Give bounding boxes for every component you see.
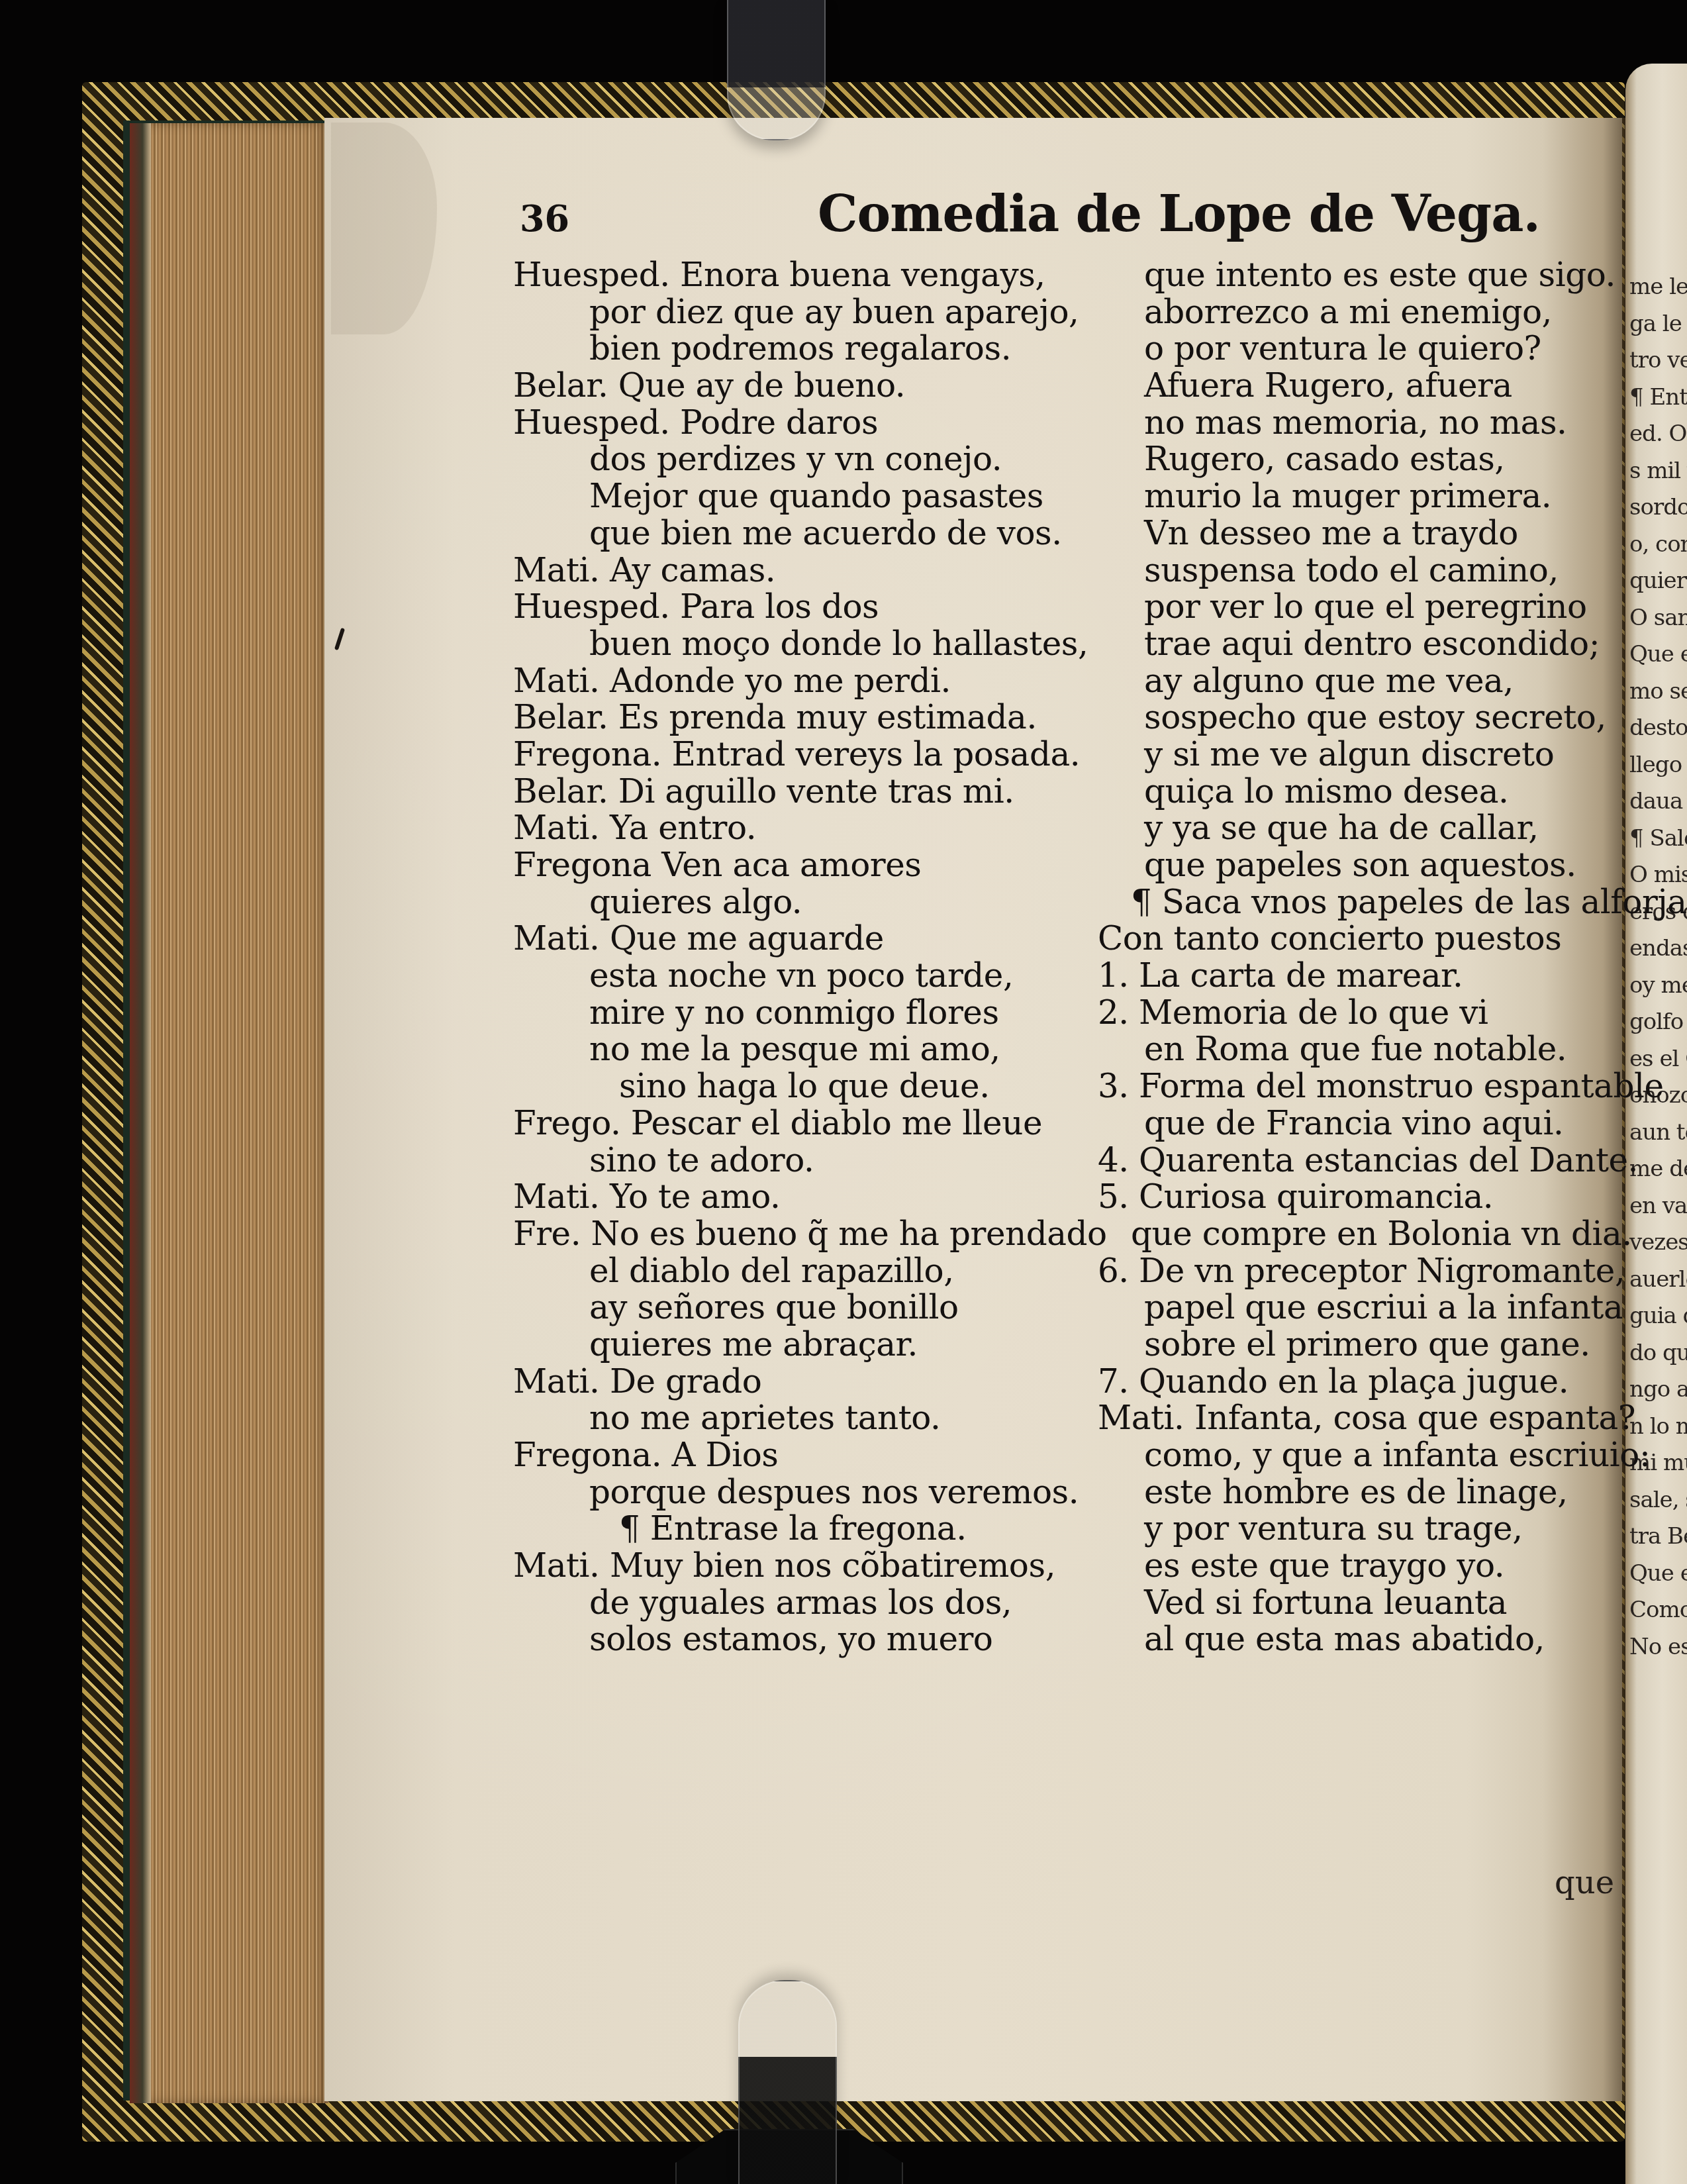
speech-line: Mati. Ya entro. (513, 810, 1107, 847)
verse-line: sospecho que estoy secreto, (1118, 699, 1687, 736)
verse-line: mire y no conmigo flores (513, 995, 1107, 1032)
verse-line: aborrezco a mi enemigo, (1118, 294, 1687, 331)
verse-line: Ved si fortuna leuanta (1118, 1585, 1687, 1622)
speech-line: 1. La carta de marear. (1098, 958, 1687, 995)
verse-line: que de Francia vino aqui. (1118, 1105, 1687, 1142)
speech-line: Mati. Que me aguarde (513, 920, 1107, 958)
book-clip-top (727, 0, 826, 140)
speech-line: Con tanto concierto puestos (1098, 920, 1687, 958)
verse-line: quieres algo. (513, 884, 1107, 921)
speech-line: Mati. Ay camas. (513, 552, 1107, 589)
speech-line: 5. Curiosa quiromancia. (1098, 1179, 1687, 1216)
speech-line: 3. Forma del monstruo espantable (1098, 1068, 1687, 1105)
speech-line: 7. Quando en la plaça jugue. (1098, 1364, 1687, 1401)
verse-line: no me aprietes tanto. (513, 1400, 1107, 1437)
verse-line: Mejor que quando pasastes (513, 478, 1107, 515)
speech-line: 4. Quarenta estancias del Dante. (1098, 1142, 1687, 1179)
speech-line: Frego. Pescar el diablo me lleue (513, 1105, 1107, 1142)
speech-line: Fregona Ven aca amores (513, 847, 1107, 884)
speech-line: Belar. Di aguillo vente tras mi. (513, 773, 1107, 811)
speech-line: Mati. Yo te amo. (513, 1179, 1107, 1216)
verse-line: no mas memoria, no mas. (1118, 405, 1687, 442)
catchword: que (1555, 1864, 1614, 1901)
verse-line: por diez que ay buen aparejo, (513, 294, 1107, 331)
verse-line: murio la muger primera. (1118, 478, 1687, 515)
page-title: Comedia de Lope de Vega. (818, 184, 1540, 243)
running-head: 36 Comedia de Lope de Vega. (513, 184, 1407, 250)
verse-line: y si me ve algun discreto (1118, 736, 1687, 773)
verse-line: porque despues nos veremos. (513, 1474, 1107, 1511)
speech-line: Huesped. Podre daros (513, 405, 1107, 442)
verse-line: ay señores que bonillo (513, 1289, 1107, 1326)
verse-line: que papeles son aquestos. (1118, 847, 1687, 884)
verse-line: de yguales armas los dos, (513, 1585, 1107, 1622)
verse-line: y por ventura su trage, (1118, 1511, 1687, 1548)
speech-line: Fregona. A Dios (513, 1437, 1107, 1474)
stage-direction: ¶ Entrase la fregona. (513, 1511, 1107, 1548)
verse-line: como, y que a infanta escriuio: (1118, 1437, 1687, 1474)
verse-line: que bien me acuerdo de vos. (513, 515, 1107, 552)
verse-line: sino haga lo que deue. (513, 1068, 1107, 1105)
verse-line: sino te adoro. (513, 1142, 1107, 1179)
page-number: 36 (520, 197, 569, 240)
verse-line: papel que escriui a la infanta (1118, 1289, 1687, 1326)
page-fore-edge (130, 123, 328, 2103)
speech-line: Belar. Que ay de bueno. (513, 368, 1107, 405)
verse-line: quieres me abraçar. (513, 1326, 1107, 1364)
verse-line: Afuera Rugero, afuera (1118, 368, 1687, 405)
verse-line: y ya se que ha de callar, (1118, 810, 1687, 847)
verse-line: Rugero, casado estas, (1118, 441, 1687, 478)
speech-line: 2. Memoria de lo que vi (1098, 995, 1687, 1032)
fore-edge-marbled-band (130, 123, 151, 2103)
verse-line: que compre en Bolonia vn dia. (1118, 1216, 1687, 1253)
text-column-right: que intento es este que sigo.aborrezco a… (1118, 257, 1687, 1658)
verse-line: sobre el primero que gane. (1118, 1326, 1687, 1364)
verse-line: en Roma que fue notable. (1118, 1031, 1687, 1068)
verse-line: suspensa todo el camino, (1118, 552, 1687, 589)
speech-line: Huesped. Para los dos (513, 589, 1107, 626)
verse-line: el diablo del rapazillo, (513, 1253, 1107, 1290)
verse-line: es este que traygo yo. (1118, 1548, 1687, 1585)
speech-line: Mati. De grado (513, 1364, 1107, 1401)
speech-line: Huesped. Enora buena vengays, (513, 257, 1107, 294)
verse-line: dos perdizes y vn conejo. (513, 441, 1107, 478)
verse-line: esta noche vn poco tarde, (513, 958, 1107, 995)
book-clip-bottom (738, 1980, 837, 2184)
verse-line: solos estamos, yo muero (513, 1621, 1107, 1658)
verse-line: bien podremos regalaros. (513, 330, 1107, 368)
verse-line: quiça lo mismo desea. (1118, 773, 1687, 811)
verse-line: al que esta mas abatido, (1118, 1621, 1687, 1658)
verse-line: que intento es este que sigo. (1118, 257, 1687, 294)
speech-line: Fregona. Entrad vereys la posada. (513, 736, 1107, 773)
speech-line: Mati. Infanta, cosa que espanta? (1098, 1400, 1687, 1437)
verse-line: por ver lo que el peregrino (1118, 589, 1687, 626)
speech-line: Belar. Es prenda muy estimada. (513, 699, 1107, 736)
verse-line: o por ventura le quiero? (1118, 330, 1687, 368)
verse-line: buen moço donde lo hallastes, (513, 626, 1107, 663)
verse-line: ay alguno que me vea, (1118, 663, 1687, 700)
verse-line: no me la pesque mi amo, (513, 1031, 1107, 1068)
speech-line: Fre. No es bueno q̃ me ha prendado (513, 1216, 1107, 1253)
stage-direction: ¶ Saca vnos papeles de las alforjas. (1118, 884, 1687, 921)
speech-line: 6. De vn preceptor Nigromante, (1098, 1253, 1687, 1290)
verse-line: Vn desseo me a traydo (1118, 515, 1687, 552)
speech-line: Mati. Muy bien nos cõbatiremos, (513, 1548, 1107, 1585)
verse-line: trae aqui dentro escondido; (1118, 626, 1687, 663)
verse-line: este hombre es de linage, (1118, 1474, 1687, 1511)
speech-line: Mati. Adonde yo me perdi. (513, 663, 1107, 700)
text-column-left: Huesped. Enora buena vengays,por diez qu… (513, 257, 1107, 1658)
